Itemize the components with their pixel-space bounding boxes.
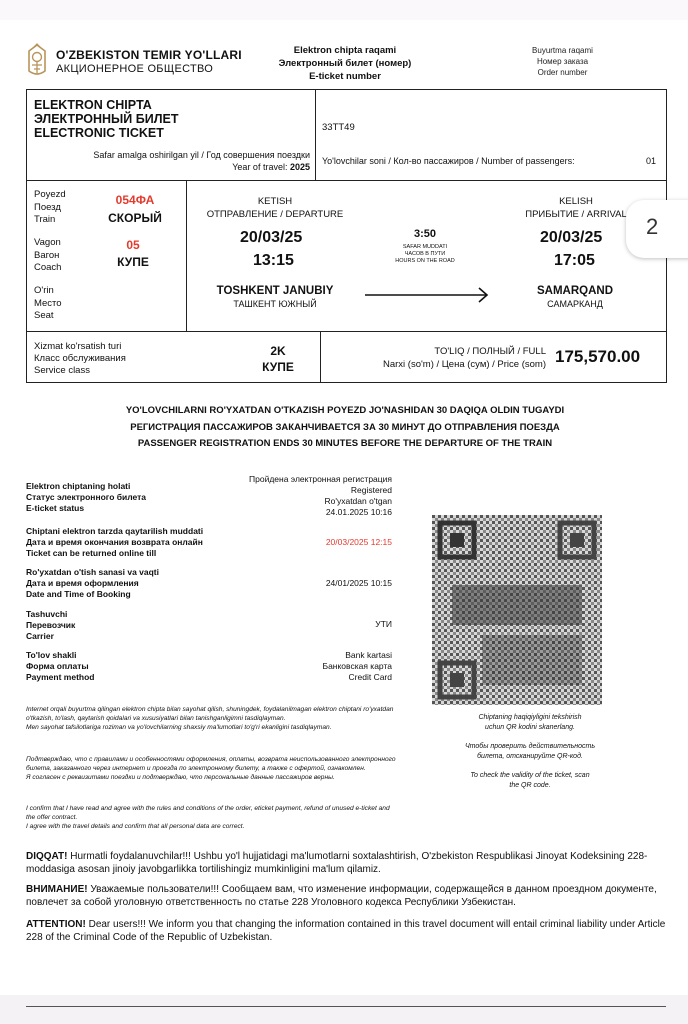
carrier-label: Tashuvchi Перевозчик Carrier [26, 609, 75, 642]
booking-date-label: Ro'yxatdan o'tish sanasi va vaqti Дата и… [26, 567, 159, 600]
booking-label-uz: Ro'yxatdan o'tish sanasi va vaqti [26, 567, 159, 578]
wagon-label: Vagon Вагон Coach [34, 237, 61, 275]
page-gap [0, 995, 688, 1024]
page-number-badge[interactable]: 2 [626, 200, 688, 258]
booking-label-en: Date and Time of Booking [26, 589, 159, 600]
carrier-label-en: Carrier [26, 631, 75, 642]
payment-value-en: Credit Card [215, 672, 392, 683]
divider [320, 331, 321, 383]
booking-date-value: 24/01/2025 10:15 [215, 578, 392, 589]
seat-label: O'rin Место Seat [34, 285, 62, 323]
divider [26, 180, 667, 181]
order-label-ru: Номер заказа [495, 56, 630, 67]
payment-label-uz: To'lov shakli [26, 650, 95, 661]
train-label-uz: Poyezd [34, 189, 66, 202]
divider [315, 89, 316, 181]
uzbekistan-railways-logo-icon [25, 43, 49, 79]
qr-caption-en: To check the validity of the ticket, sca… [450, 771, 610, 791]
payment-method-label: To'lov shakli Форма оплаты Payment metho… [26, 650, 95, 683]
status-value: Пройдена электронная регистрация Registe… [215, 474, 392, 518]
travel-year-value: 2025 [290, 162, 310, 172]
terms-uz: Internet orqali buyurtma qilingan elektr… [26, 705, 396, 732]
duration-label-uz: SAFAR MUDDATI [380, 244, 470, 251]
status-label: Elektron chiptaning holati Статус электр… [26, 481, 146, 514]
payment-method-value: Bank kartasi Банковская карта Credit Car… [215, 650, 392, 683]
seat-label-en: Seat [34, 310, 62, 323]
service-label-en: Service class [34, 365, 126, 377]
qr-code-icon [432, 515, 602, 705]
carrier-label-uz: Tashuvchi [26, 609, 75, 620]
departure-label-uz: KETISH [195, 195, 355, 208]
ticket-title: ELEKTRON CHIPTA ЭЛЕКТРОННЫЙ БИЛЕТ ELECTR… [34, 98, 178, 140]
qr-caption-en-line1: To check the validity of the ticket, sca… [450, 771, 610, 781]
service-label-ru: Класс обслуживания [34, 353, 126, 365]
ticket-title-ru: ЭЛЕКТРОННЫЙ БИЛЕТ [34, 112, 178, 126]
to-station-ru: САМАРКАНД [510, 299, 640, 309]
arrival-label: ПРИБЫТИЕ / ARRIVAL [506, 208, 646, 221]
train-label-ru: Поезд [34, 202, 66, 215]
train-type: СКОРЫЙ [96, 211, 174, 225]
refund-label-en: Ticket can be returned online till [26, 548, 203, 559]
terms-uz-1: Internet orqali buyurtma qilingan elektr… [26, 705, 396, 723]
terms-en: I confirm that I have read and agree wit… [26, 804, 396, 831]
registration-notice: YO'LOVCHILARNI RO'YXATDAN O'TKAZISH POYE… [90, 403, 600, 453]
duration-label-en: HOURS ON THE ROAD [380, 258, 470, 265]
travel-duration: 3:50 [380, 228, 470, 240]
service-class-value: 2K КУПЕ [240, 343, 316, 375]
arrival-date: 20/03/25 [540, 229, 602, 247]
price-currency-label: Narxi (so'm) / Цена (сум) / Price (som) [340, 359, 546, 372]
wagon-number: 05 [100, 238, 166, 252]
carrier-value: УТИ [215, 619, 392, 630]
payment-label-ru: Форма оплаты [26, 661, 95, 672]
arrow-right-icon [365, 287, 490, 303]
order-label-en: Order number [495, 67, 630, 78]
terms-en-2: I agree with the travel details and conf… [26, 822, 396, 831]
departure-time: 13:15 [253, 252, 294, 270]
divider [186, 180, 187, 332]
booking-label-ru: Дата и время оформления [26, 578, 159, 589]
payment-value-ru: Банковская карта [215, 661, 392, 672]
next-page-edge [26, 1006, 666, 1007]
travel-year-label: Safar amalga oshirilgan yil / Год соверш… [30, 149, 310, 161]
price-label: TO'LIQ / ПОЛНЫЙ / FULL Narxi (so'm) / Це… [340, 346, 546, 371]
arrival-label-uz: KELISH [506, 195, 646, 208]
warning-ru-text: Уважаемые пользователи!!! Сообщаем вам, … [26, 884, 657, 908]
travel-year-label-en: Year of travel: [232, 162, 287, 172]
travel-year: Safar amalga oshirilgan yil / Год соверш… [30, 149, 310, 173]
from-station-ru: ТАШКЕНТ ЮЖНЫЙ [195, 299, 355, 309]
qr-caption-uz-line2: uchun QR kodini skanerlang. [450, 723, 610, 733]
terms-ru-2: Я согласен с реквизитами поездки и подтв… [26, 773, 396, 782]
warning-uz: DIQQAT! Hurmatli foydalanuvchilar!!! Ush… [26, 851, 671, 876]
ticket-title-en: ELECTRONIC TICKET [34, 126, 178, 140]
eticket-label-ru: Электронный билет (номер) [255, 57, 435, 70]
from-station: TOSHKENT JANUBIY [195, 285, 355, 297]
service-class-type: КУПЕ [240, 359, 316, 375]
notice-uz: YO'LOVCHILARNI RO'YXATDAN O'TKAZISH POYE… [90, 403, 600, 420]
top-bar [0, 0, 688, 20]
qr-caption-en-line2: the QR code. [450, 781, 610, 791]
qr-caption-ru: Чтобы проверить действительность билета,… [450, 742, 610, 762]
to-station: SAMARQAND [510, 285, 640, 297]
train-number: 054ФА [100, 193, 170, 207]
status-label-en: E-ticket status [26, 503, 146, 514]
status-label-uz: Elektron chiptaning holati [26, 481, 146, 492]
departure-header: KETISH ОТПРАВЛЕНИЕ / DEPARTURE [195, 195, 355, 221]
brand-subtitle: АКЦИОНЕРНОЕ ОБЩЕСТВО [56, 63, 213, 75]
order-label-uz: Buyurtma raqami [495, 45, 630, 56]
departure-label: ОТПРАВЛЕНИЕ / DEPARTURE [195, 208, 355, 221]
status-value-ru: Пройдена электронная регистрация [215, 474, 392, 485]
refund-label-uz: Chiptani elektron tarzda qaytarilish mud… [26, 526, 203, 537]
status-timestamp: 24.01.2025 10:16 [215, 507, 392, 518]
service-label-uz: Xizmat ko'rsatish turi [34, 341, 126, 353]
ticket-number: 33TT49 [322, 122, 355, 133]
wagon-label-uz: Vagon [34, 237, 61, 250]
arrival-time: 17:05 [554, 252, 595, 270]
payment-value-uz: Bank kartasi [215, 650, 392, 661]
eticket-label-uz: Elektron chipta raqami [255, 44, 435, 57]
departure-date: 20/03/25 [240, 229, 302, 247]
warning-uz-heading: DIQQAT! [26, 851, 67, 862]
warning-en: ATTENTION! Dear users!!! We inform you t… [26, 919, 671, 944]
ticket-title-uz: ELEKTRON CHIPTA [34, 98, 178, 112]
passengers-label: Yo'lovchilar soni / Кол-во пассажиров / … [322, 156, 575, 166]
qr-caption-uz-line1: Chiptaning haqiqiyligini tekshirish [450, 713, 610, 723]
qr-caption-ru-line1: Чтобы проверить действительность [450, 742, 610, 752]
payment-label-en: Payment method [26, 672, 95, 683]
price-value: 175,570.00 [555, 347, 640, 367]
duration-label-ru: ЧАСОВ В ПУТИ [380, 251, 470, 258]
warning-en-heading: ATTENTION! [26, 919, 86, 930]
wagon-label-en: Coach [34, 262, 61, 275]
terms-uz-2: Men sayohat tafsilotlariga roziman va yo… [26, 723, 396, 732]
qr-caption-uz: Chiptaning haqiqiyligini tekshirish uchu… [450, 713, 610, 733]
status-value-en: Registered [215, 485, 392, 496]
order-number-label: Buyurtma raqami Номер заказа Order numbe… [495, 45, 630, 78]
carrier-label-ru: Перевозчик [26, 620, 75, 631]
terms-ru-1: Подтверждаю, что с правилами и особеннос… [26, 755, 396, 773]
status-label-ru: Статус электронного билета [26, 492, 146, 503]
arrival-header: KELISH ПРИБЫТИЕ / ARRIVAL [506, 195, 646, 221]
refund-deadline-label: Chiptani elektron tarzda qaytarilish mud… [26, 526, 203, 559]
notice-ru: РЕГИСТРАЦИЯ ПАССАЖИРОВ ЗАКАНЧИВАЕТСЯ ЗА … [90, 420, 600, 437]
warning-ru-heading: ВНИМАНИЕ! [26, 884, 88, 895]
travel-duration-label: SAFAR MUDDATI ЧАСОВ В ПУТИ HOURS ON THE … [380, 244, 470, 265]
refund-label-ru: Дата и время окончания возврата онлайн [26, 537, 203, 548]
terms-ru: Подтверждаю, что с правилами и особеннос… [26, 755, 396, 782]
eticket-label-en: E-ticket number [255, 70, 435, 83]
qr-caption-ru-line2: билета, отсканируйте QR-код. [450, 752, 610, 762]
passengers-count: 01 [646, 156, 656, 166]
service-class-label: Xizmat ko'rsatish turi Класс обслуживани… [34, 341, 126, 377]
eticket-number-label: Elektron chipta raqami Электронный билет… [255, 44, 435, 83]
refund-deadline-value: 20/03/2025 12:15 [215, 537, 392, 548]
terms-en-1: I confirm that I have read and agree wit… [26, 804, 396, 822]
seat-label-uz: O'rin [34, 285, 62, 298]
notice-en: PASSENGER REGISTRATION ENDS 30 MINUTES B… [90, 436, 600, 453]
train-label: Poyezd Поезд Train [34, 189, 66, 227]
wagon-type: КУПЕ [96, 255, 170, 269]
wagon-label-ru: Вагон [34, 250, 61, 263]
seat-label-ru: Место [34, 298, 62, 311]
warning-en-text: Dear users!!! We inform you that changin… [26, 919, 665, 943]
fare-type: TO'LIQ / ПОЛНЫЙ / FULL [340, 346, 546, 359]
status-value-uz: Ro'yxatdan o'tgan [215, 496, 392, 507]
warning-ru: ВНИМАНИЕ! Уважаемые пользователи!!! Сооб… [26, 884, 671, 909]
train-label-en: Train [34, 214, 66, 227]
service-class-code: 2K [240, 343, 316, 359]
warning-uz-text: Hurmatli foydalanuvchilar!!! Ushbu yo'l … [26, 851, 647, 875]
brand-name: O'ZBEKISTON TEMIR YO'LLARI [56, 48, 242, 62]
divider [26, 331, 667, 332]
